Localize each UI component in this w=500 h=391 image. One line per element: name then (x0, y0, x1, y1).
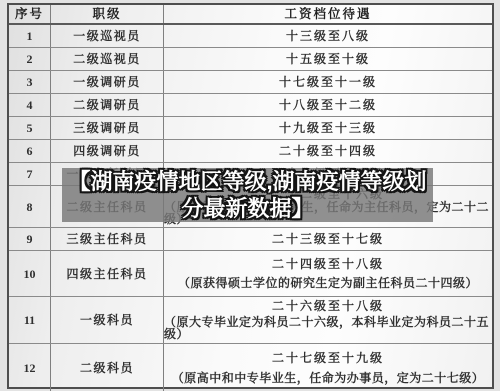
header-cell-number: 序号 (9, 5, 50, 23)
wage-range: 二十四级至十八级 (272, 258, 384, 270)
rank-label: 一级科员 (80, 314, 134, 326)
rank-label: 一级巡视员 (73, 30, 141, 42)
row-number-cell: 1 (9, 25, 50, 47)
row-number: 4 (27, 99, 33, 111)
wage-cell: 二十四级至十八级 （原获得硕士学位的研究生定为副主任科员二十四级） (164, 251, 492, 296)
table-row: 10 四级主任科员 二十四级至十八级 （原获得硕士学位的研究生定为副主任科员二十… (9, 251, 492, 297)
table-header-row: 序号 职级 工资档位待遇 (9, 5, 492, 25)
row-number-cell: 12 (9, 344, 50, 391)
wage-range: 十七级至十一级 (279, 76, 377, 88)
row-number: 3 (27, 76, 33, 88)
header-rank-label: 职级 (92, 8, 121, 21)
page-background: 序号 职级 工资档位待遇 1 一级巡视员 十三级至八级 2 二级巡视员 (0, 0, 500, 391)
table-row: 12 二级科员 二十七级至十九级 （原高中和中专毕业生，任命为办事员，定为二十七… (9, 344, 492, 391)
rank-cell: 二级调研员 (50, 94, 164, 116)
wage-range: 十五级至十级 (286, 53, 370, 65)
row-number: 7 (27, 168, 33, 180)
wage-cell: 二十六级至十八级 （原大专毕业定为科员二十六级，本科毕业定为科员二十五级） (164, 297, 492, 343)
rank-cell: 四级调研员 (50, 140, 164, 162)
row-number-cell: 6 (9, 140, 50, 162)
row-number-cell: 10 (9, 251, 50, 296)
table-row: 2 二级巡视员 十五级至十级 (9, 48, 492, 71)
wage-range: 十三级至八级 (286, 30, 370, 42)
rank-label: 一级调研员 (73, 76, 141, 88)
table-row: 1 一级巡视员 十三级至八级 (9, 25, 492, 48)
row-number: 1 (27, 30, 33, 42)
wage-cell: 十五级至十级 (164, 48, 492, 70)
row-number-cell: 4 (9, 94, 50, 116)
wage-range: 二十七级至十九级 (272, 352, 384, 364)
header-cell-wage: 工资档位待遇 (164, 5, 492, 23)
header-number-label: 序号 (15, 8, 44, 21)
rank-cell: 四级主任科员 (50, 251, 164, 296)
rank-cell: 二级巡视员 (50, 48, 164, 70)
row-number: 2 (27, 53, 33, 65)
rank-label: 三级主任科员 (66, 233, 147, 245)
table-row: 6 四级调研员 二十级至十四级 (9, 140, 492, 163)
rank-cell: 一级调研员 (50, 71, 164, 93)
table-row: 5 三级调研员 十九级至十三级 (9, 117, 492, 140)
wage-range: 二十六级至十八级 (272, 300, 384, 312)
wage-cell: 二十七级至十九级 （原高中和中专毕业生，任命为办事员，定为二十七级） (164, 344, 492, 391)
header-cell-rank: 职级 (50, 5, 164, 23)
row-number: 6 (27, 145, 33, 157)
row-number: 10 (24, 268, 36, 280)
wage-note: （原大专毕业定为科员二十六级，本科毕业定为科员二十五级） (164, 316, 492, 340)
wage-range: 二十级至十四级 (279, 145, 377, 157)
row-number-cell: 9 (9, 228, 50, 250)
wage-cell: 二十级至十四级 (164, 140, 492, 162)
row-number: 9 (27, 233, 33, 245)
rank-cell: 三级调研员 (50, 117, 164, 139)
wage-range: 二十三级至十七级 (272, 233, 384, 245)
rank-label: 四级调研员 (73, 145, 141, 157)
rank-label: 二级调研员 (73, 99, 141, 111)
wage-cell: 十七级至十一级 (164, 71, 492, 93)
row-number-cell: 7 (9, 163, 50, 185)
table-row: 3 一级调研员 十七级至十一级 (9, 71, 492, 94)
wage-cell: 十三级至八级 (164, 25, 492, 47)
rank-cell: 二级科员 (50, 344, 164, 391)
row-number-cell: 11 (9, 297, 50, 343)
rank-label: 二级巡视员 (73, 53, 141, 65)
row-number: 5 (27, 122, 33, 134)
header-wage-label: 工资档位待遇 (284, 8, 371, 21)
table-row: 11 一级科员 二十六级至十八级 （原大专毕业定为科员二十六级，本科毕业定为科员… (9, 297, 492, 344)
row-number: 8 (27, 201, 33, 213)
row-number: 11 (24, 314, 35, 326)
watermark-text-line1: 【湖南疫情地区等级,湖南疫情等级划 (68, 168, 426, 195)
row-number: 12 (24, 362, 36, 374)
rank-cell: 一级科员 (50, 297, 164, 343)
rank-label: 二级科员 (80, 362, 134, 374)
rank-cell: 三级主任科员 (50, 228, 164, 250)
watermark-text-line2: 分最新数据】 (181, 195, 313, 222)
table-row: 9 三级主任科员 二十三级至十七级 (9, 228, 492, 251)
wage-note: （原高中和中专毕业生，任命为办事员，定为二十七级） (172, 372, 485, 384)
watermark-overlay: 【湖南疫情地区等级,湖南疫情等级划 分最新数据】 (62, 168, 433, 222)
rank-label: 四级主任科员 (66, 268, 147, 280)
table-row: 4 二级调研员 十八级至十二级 (9, 94, 492, 117)
wage-cell: 十九级至十三级 (164, 117, 492, 139)
row-number-cell: 3 (9, 71, 50, 93)
wage-range: 十九级至十三级 (279, 122, 377, 134)
wage-note: （原获得硕士学位的研究生定为副主任科员二十四级） (178, 277, 478, 289)
row-number-cell: 8 (9, 186, 50, 227)
wage-range: 十八级至十二级 (279, 99, 377, 111)
rank-cell: 一级巡视员 (50, 25, 164, 47)
rank-label: 三级调研员 (73, 122, 141, 134)
wage-cell: 十八级至十二级 (164, 94, 492, 116)
row-number-cell: 2 (9, 48, 50, 70)
row-number-cell: 5 (9, 117, 50, 139)
wage-cell: 二十三级至十七级 (164, 228, 492, 250)
